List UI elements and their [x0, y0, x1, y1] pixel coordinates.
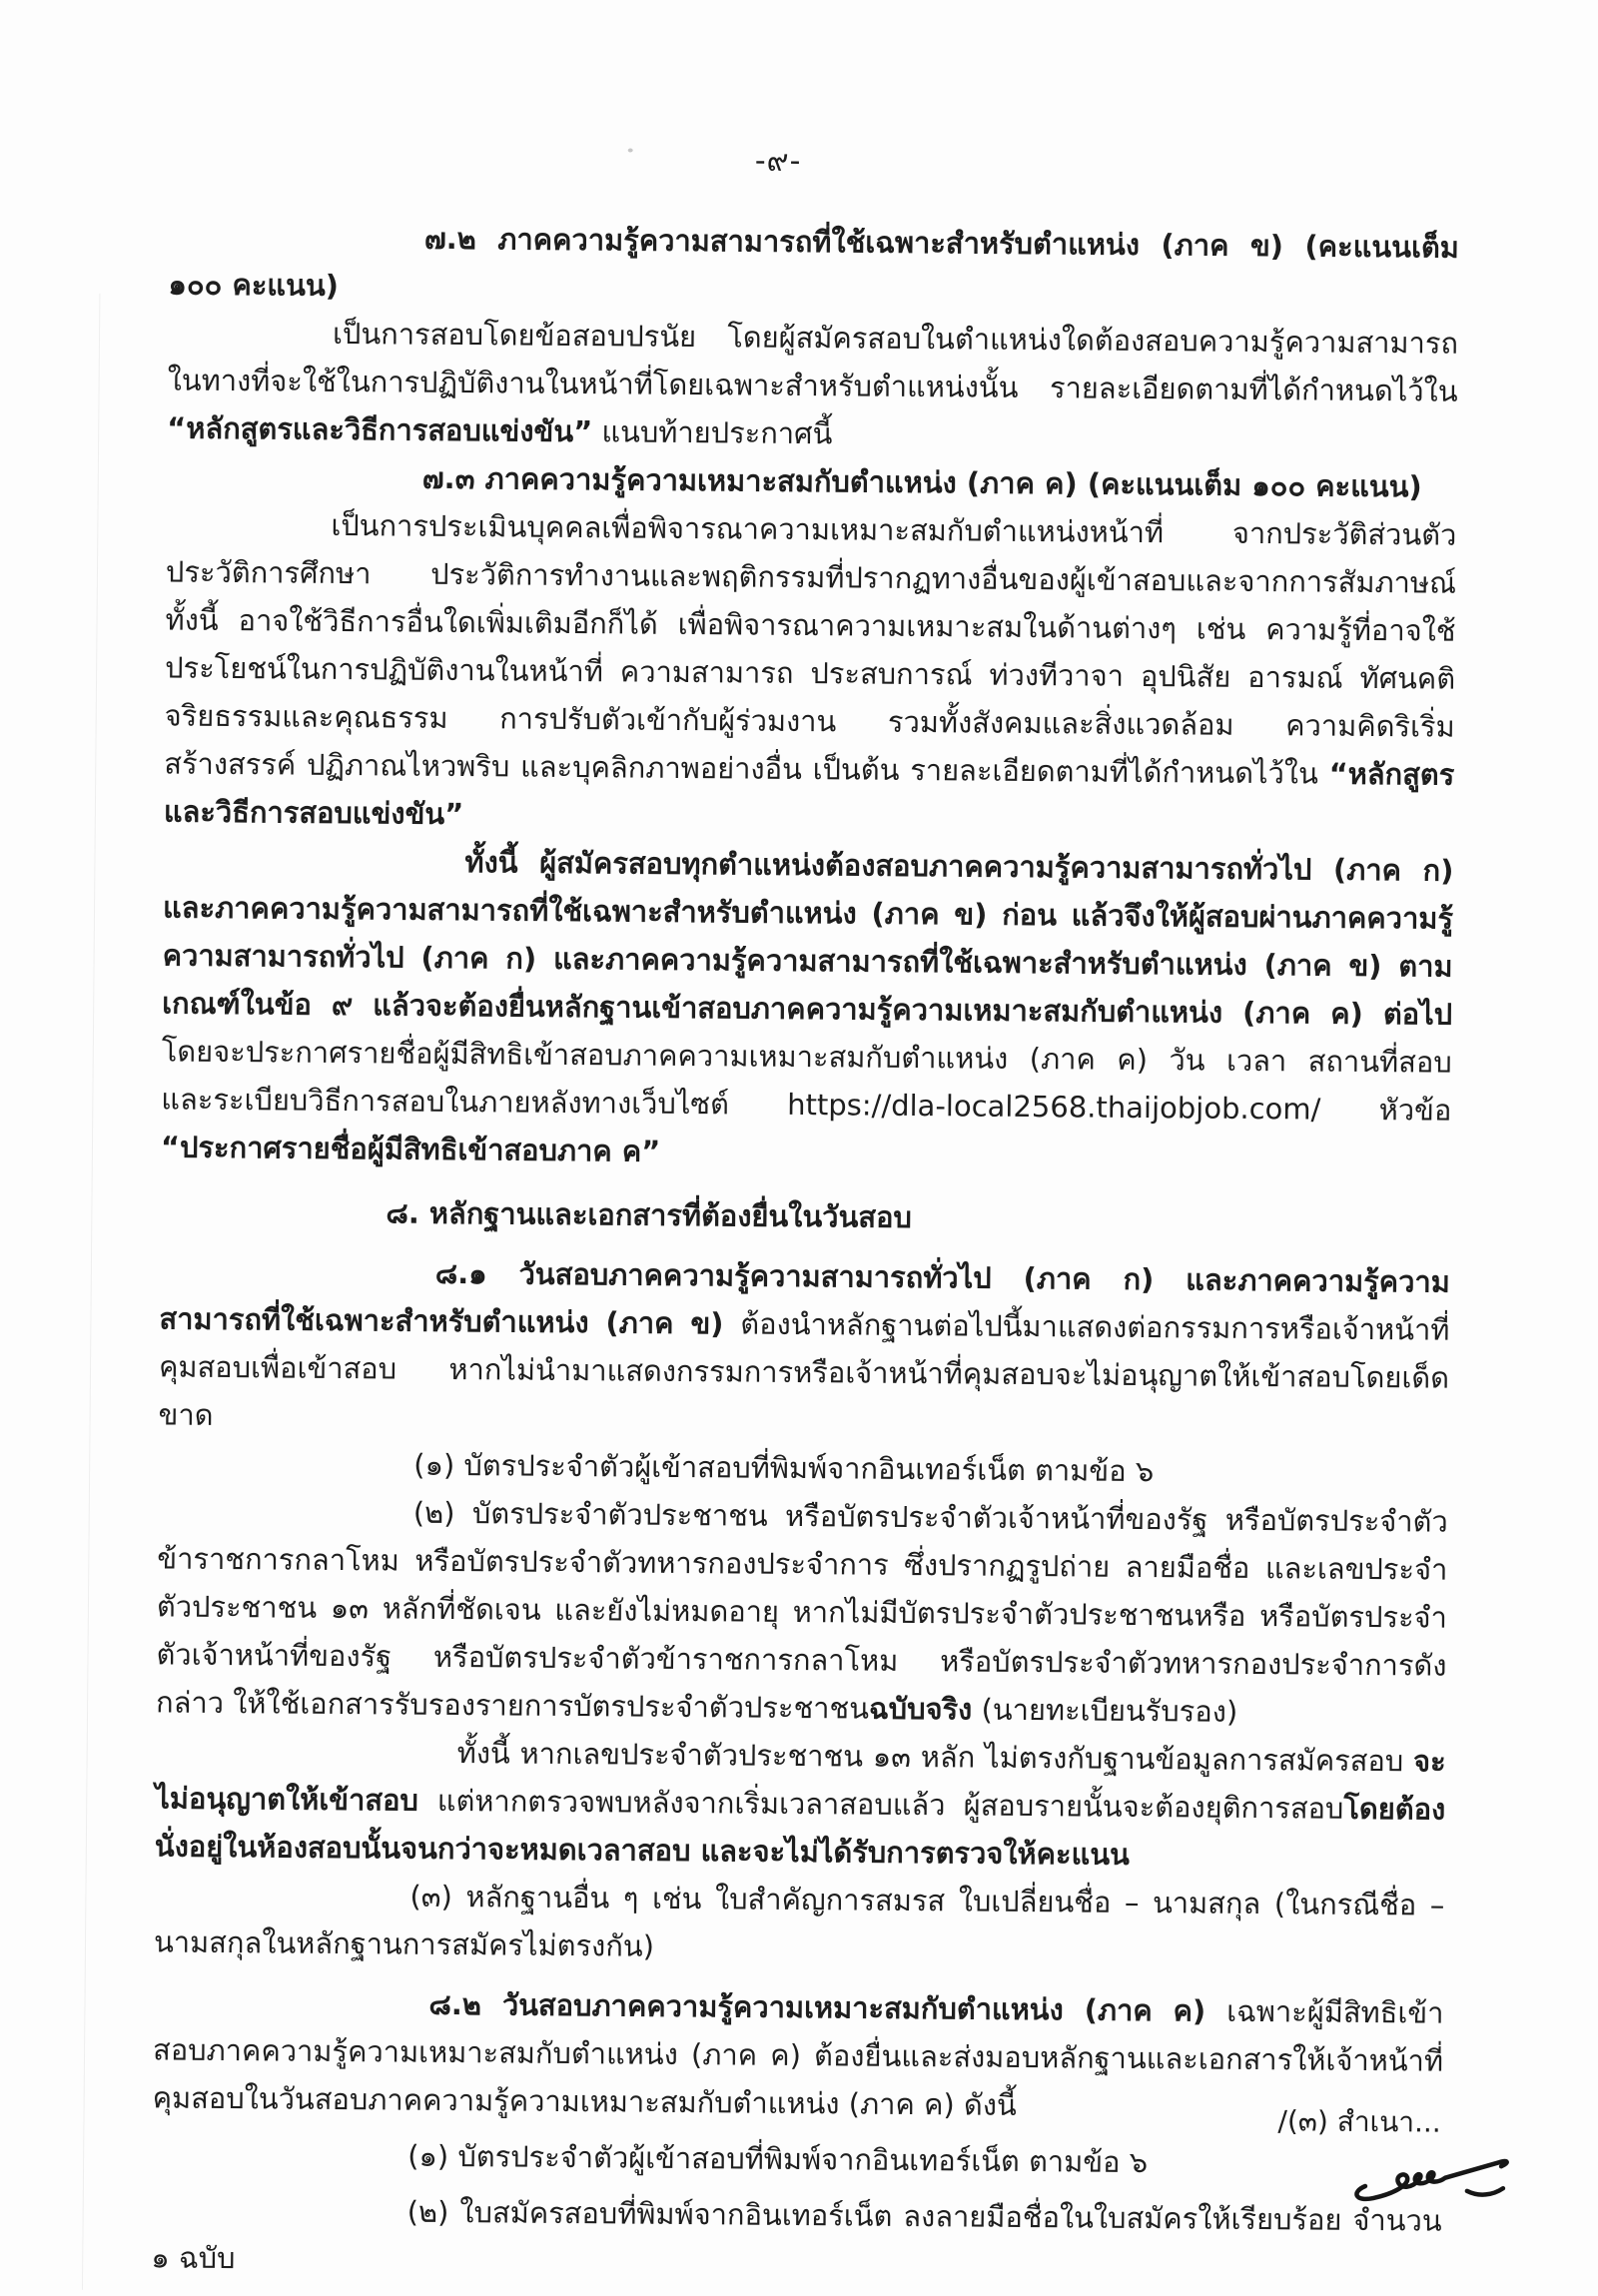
text-run: (๑) บัตรประจำตัวผู้เข้าสอบที่พิมพ์จากอิน…: [413, 1448, 1154, 1488]
paragraph: ทั้งนี้ ผู้สมัครสอบทุกตำแหน่งต้องสอบภาคค…: [161, 835, 1454, 1181]
text-run: เป็นการสอบโดยข้อสอบปรนัย โดยผู้สมัครสอบใ…: [168, 317, 1467, 408]
scan-skew-wrapper: -๙- ๗.๒ ภาคความรู้ความสามารถที่ใช้เฉพาะส…: [0, 0, 1598, 2296]
paragraph: เป็นการประเมินบุคคลเพื่อพิจารณาความเหมาะ…: [164, 499, 1457, 846]
website-url: https://dla-local2568.thaijobjob.com/: [787, 1088, 1320, 1127]
signature-mark: [1347, 2148, 1538, 2220]
paragraph: (๑) บัตรประจำตัวผู้เข้าสอบที่พิมพ์จากอิน…: [152, 2129, 1442, 2188]
scanned-document-page: -๙- ๗.๒ ภาคความรู้ความสามารถที่ใช้เฉพาะส…: [0, 0, 1598, 2296]
text-run: (นายทะเบียนรับรอง): [972, 1693, 1237, 1729]
bold-text-run: ๘.๒ วันสอบภาคความรู้ความเหมาะสมกับตำแหน่…: [428, 1987, 1226, 2028]
text-run: เป็นการประเมินบุคคลเพื่อพิจารณาความเหมาะ…: [164, 508, 1466, 791]
paragraph: ๘.๒ วันสอบภาคความรู้ความเหมาะสมกับตำแหน่…: [152, 1977, 1443, 2132]
paragraph: (๓) หลักฐานอื่น ๆ เช่น ใบสำคัญการสมรส ใบ…: [154, 1870, 1445, 1976]
bold-text-run: “หลักสูตรและวิธีการสอบแข่งขัน”: [167, 410, 592, 448]
bold-text-run: ๗.๒ ภาคความรู้ความสามารถที่ใช้เฉพาะสำหรั…: [168, 222, 1469, 303]
text-run: (๒) ใบสมัครสอบที่พิมพ์จากอินเทอร์เน็ต ลง…: [151, 2195, 1451, 2275]
text-run: หัวข้อ: [1320, 1093, 1460, 1128]
paragraph: ทั้งนี้ หากเลขประจำตัวประชาชน ๑๓ หลัก ไม…: [155, 1726, 1446, 1881]
text-run: ทั้งนี้ หากเลขประจำตัวประชาชน ๑๓ หลัก ไม…: [457, 1736, 1414, 1778]
page-number: -๙-: [6, 131, 1549, 191]
text-run: (๓) หลักฐานอื่น ๆ เช่น ใบสำคัญการสมรส ใบ…: [154, 1880, 1454, 1963]
text-run: แต่หากตรวจพบหลังจากเริ่มเวลาสอบแล้ว ผู้ส…: [437, 1784, 1344, 1826]
text-run: (๒) บัตรประจำตัวประชาชน หรือบัตรประจำตัว…: [156, 1496, 1448, 1726]
document-body: ๗.๒ ภาคความรู้ความสามารถที่ใช้เฉพาะสำหรั…: [151, 212, 1459, 2292]
paragraph: ๘.๑ วันสอบภาคความรู้ความสามารถทั่วไป (ภา…: [158, 1246, 1450, 1449]
paragraph: ๗.๒ ภาคความรู้ความสามารถที่ใช้เฉพาะสำหรั…: [168, 212, 1459, 319]
bold-text-run: ฉบับจริง: [869, 1692, 973, 1727]
paragraph: (๒) บัตรประจำตัวประชาชน หรือบัตรประจำตัว…: [156, 1486, 1448, 1737]
signature-icon: [1347, 2148, 1538, 2220]
continuation-note: /(๓) สำเนา...: [1277, 2099, 1527, 2145]
paragraph: เป็นการสอบโดยข้อสอบปรนัย โดยผู้สมัครสอบใ…: [167, 308, 1458, 462]
bold-text-run: ๗.๓ ภาคความรู้ความเหมาะสมกับตำแหน่ง (ภาค…: [422, 461, 1422, 504]
text-run: (๑) บัตรประจำตัวผู้เข้าสอบที่พิมพ์จากอิน…: [407, 2139, 1148, 2179]
scan-edge-artifact: [82, 294, 100, 2290]
bold-text-run: ทั้งนี้ ผู้สมัครสอบทุกตำแหน่งต้องสอบภาคค…: [162, 845, 1464, 1032]
bold-text-run: “ประกาศรายชื่อผู้มีสิทธิเข้าสอบภาค ค”: [161, 1130, 661, 1167]
text-run: แนบท้ายประกาศนี้: [592, 414, 832, 450]
paragraph: (๒) ใบสมัครสอบที่พิมพ์จากอินเทอร์เน็ต ลง…: [151, 2185, 1442, 2292]
bold-text-run: ๘. หลักฐานและเอกสารที่ต้องยื่นในวันสอบ: [386, 1195, 912, 1234]
paragraph: ๘. หลักฐานและเอกสารที่ต้องยื่นในวันสอบ: [160, 1186, 1450, 1245]
